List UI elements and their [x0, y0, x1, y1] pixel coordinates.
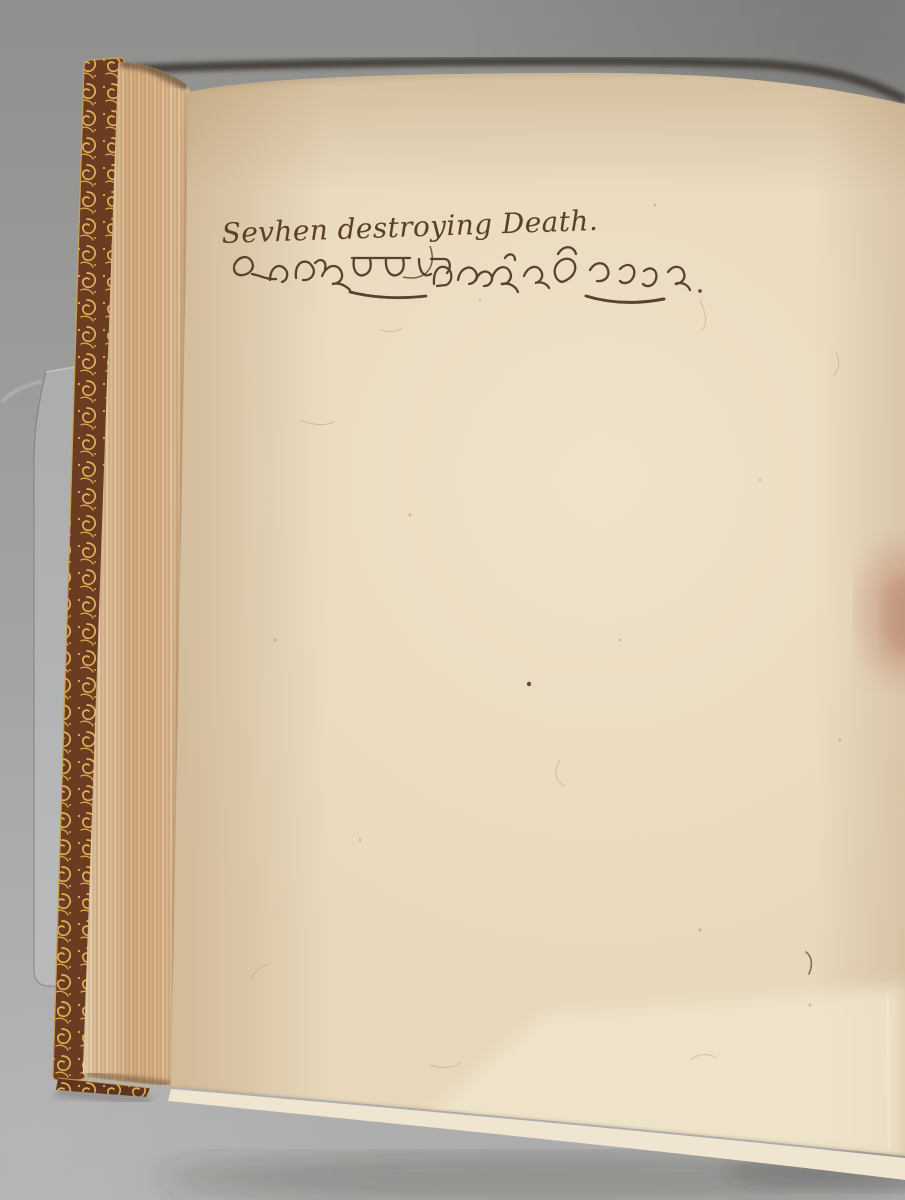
photo-canvas: Sevhen destroying Death. — [0, 0, 905, 1200]
period-dot — [698, 289, 702, 293]
ink-speck — [527, 682, 531, 686]
photograph-of-open-book: Sevhen destroying Death. — [0, 0, 905, 1200]
